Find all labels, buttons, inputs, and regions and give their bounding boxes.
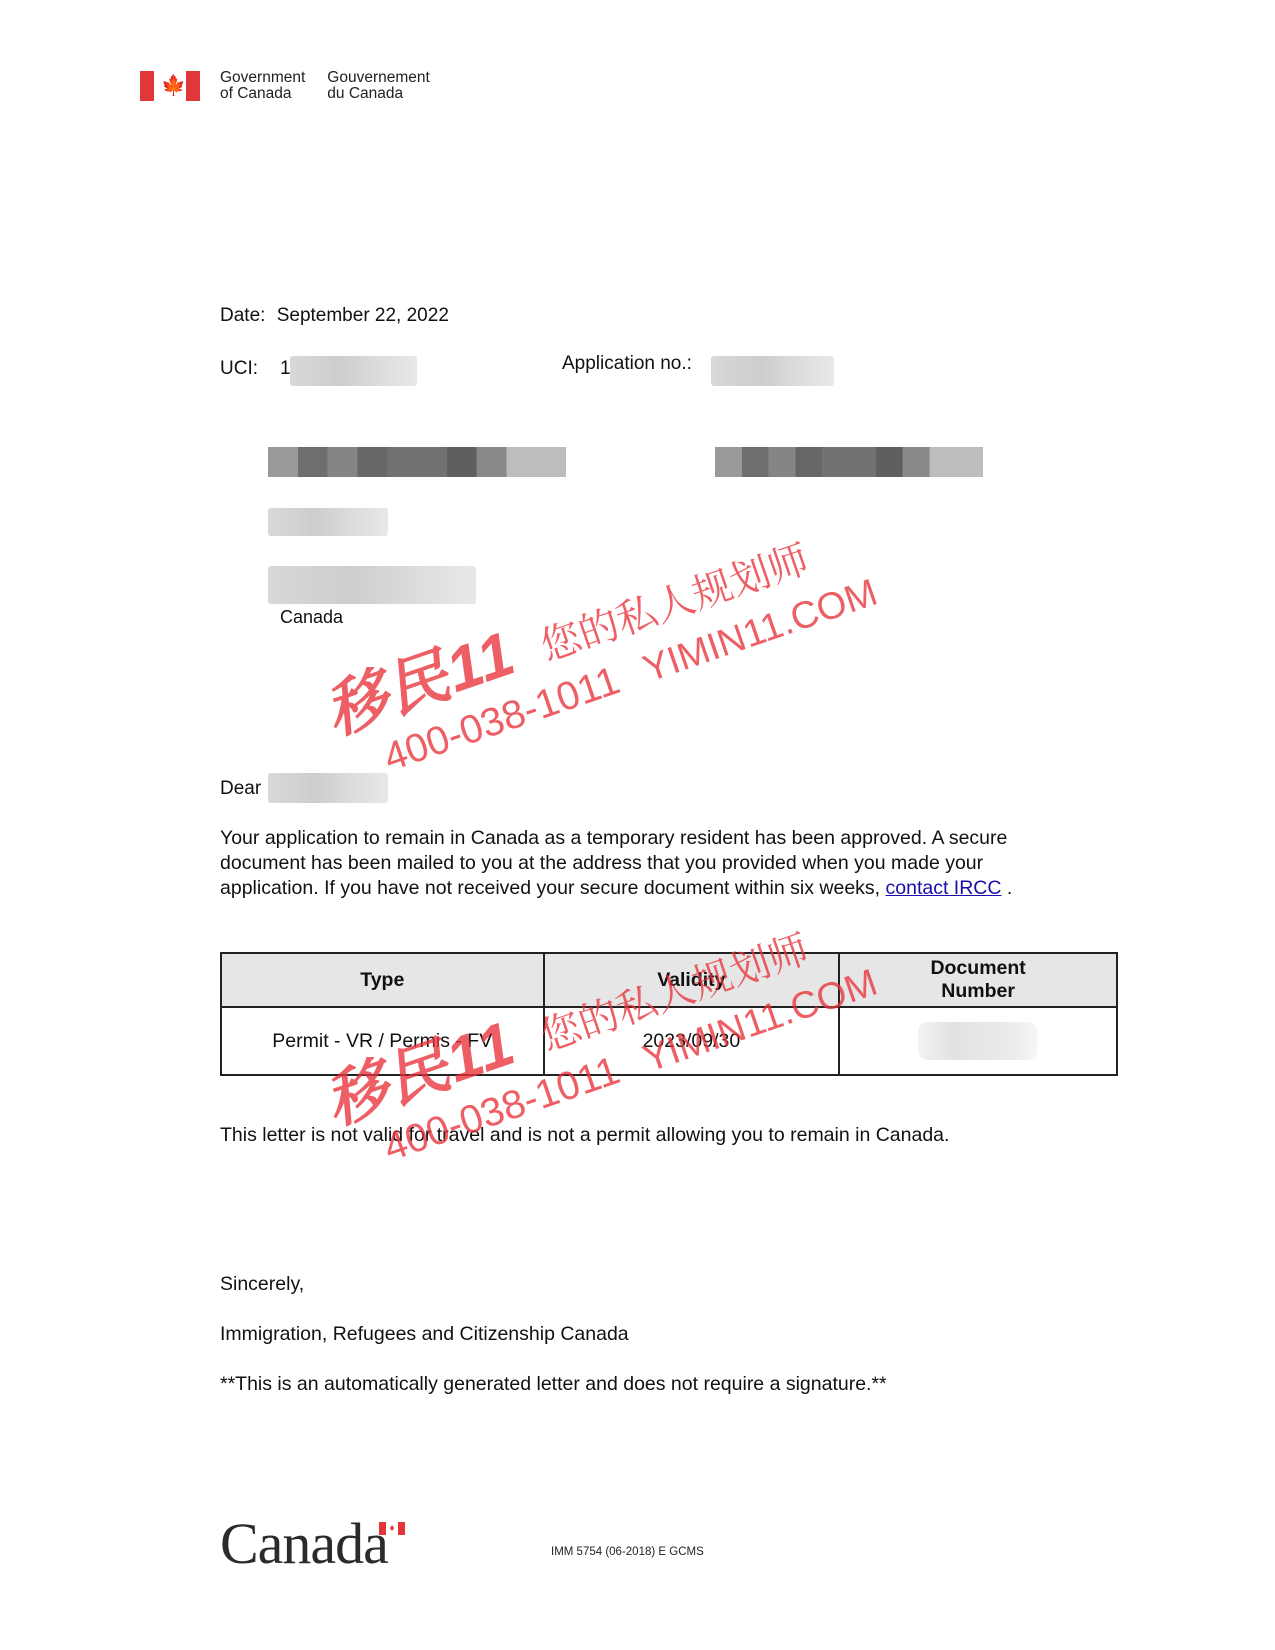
permit-validity: 2023/09/30 — [544, 1007, 840, 1075]
address-country: Canada — [280, 607, 343, 628]
watermark-top: 移民11您的私人规划师 400-038-1011YIMIN11.COM — [311, 486, 883, 794]
uci-prefix: 1 — [280, 358, 291, 380]
government-of-canada-signature: 🍁 Government of Canada Gouvernement du C… — [140, 70, 452, 102]
uci-label: UCI: — [220, 358, 258, 380]
approval-paragraph: Your application to remain in Canada as … — [220, 826, 1100, 901]
closing-department: Immigration, Refugees and Citizenship Ca… — [220, 1323, 629, 1346]
uci-redacted — [290, 356, 417, 386]
form-code: IMM 5754 (06-2018) E GCMS — [551, 1546, 704, 1558]
gov-french-line1: Gouvernement — [327, 70, 430, 86]
date-row: Date: September 22, 2022 — [220, 305, 449, 327]
auto-generated-note: **This is an automatically generated let… — [220, 1373, 887, 1396]
permit-table: Type Validity Document Number Permit - V… — [220, 952, 1118, 1076]
address-line1-redacted — [268, 508, 388, 536]
header-type: Type — [221, 953, 544, 1007]
permit-type: Permit - VR / Permis - FV — [221, 1007, 544, 1075]
recipient-ref-redacted — [715, 447, 983, 477]
address-line2-redacted — [268, 566, 476, 604]
gov-english-line2: of Canada — [220, 86, 305, 102]
gov-english-line1: Government — [220, 70, 305, 86]
header-document-number: Document Number — [839, 953, 1117, 1007]
travel-notice: This letter is not valid for travel and … — [220, 1124, 949, 1147]
application-number-redacted — [711, 356, 834, 386]
canada-wordmark: Canada — [220, 1510, 388, 1577]
contact-ircc-link[interactable]: contact IRCC — [886, 877, 1002, 899]
table-row: Permit - VR / Permis - FV 2023/09/30 — [221, 1007, 1117, 1075]
document-number-redacted — [918, 1022, 1038, 1060]
canada-flag-icon: 🍁 — [140, 71, 200, 101]
header-validity: Validity — [544, 953, 840, 1007]
document-number-cell — [839, 1007, 1117, 1075]
date-value: September 22, 2022 — [277, 305, 449, 326]
recipient-salutation-redacted — [268, 773, 388, 803]
body-line-3: application. If you have not received yo… — [220, 876, 1100, 901]
gov-french-line2: du Canada — [327, 86, 430, 102]
body-line-2: document has been mailed to you at the a… — [220, 851, 1100, 876]
closing-sincerely: Sincerely, — [220, 1273, 304, 1296]
body-line-1: Your application to remain in Canada as … — [220, 826, 1100, 851]
recipient-name-redacted — [268, 447, 566, 477]
application-label: Application no.: — [562, 353, 692, 375]
wordmark-flag-icon: ♦ — [379, 1522, 405, 1535]
salutation: Dear — [220, 778, 261, 800]
date-label: Date: — [220, 305, 265, 326]
